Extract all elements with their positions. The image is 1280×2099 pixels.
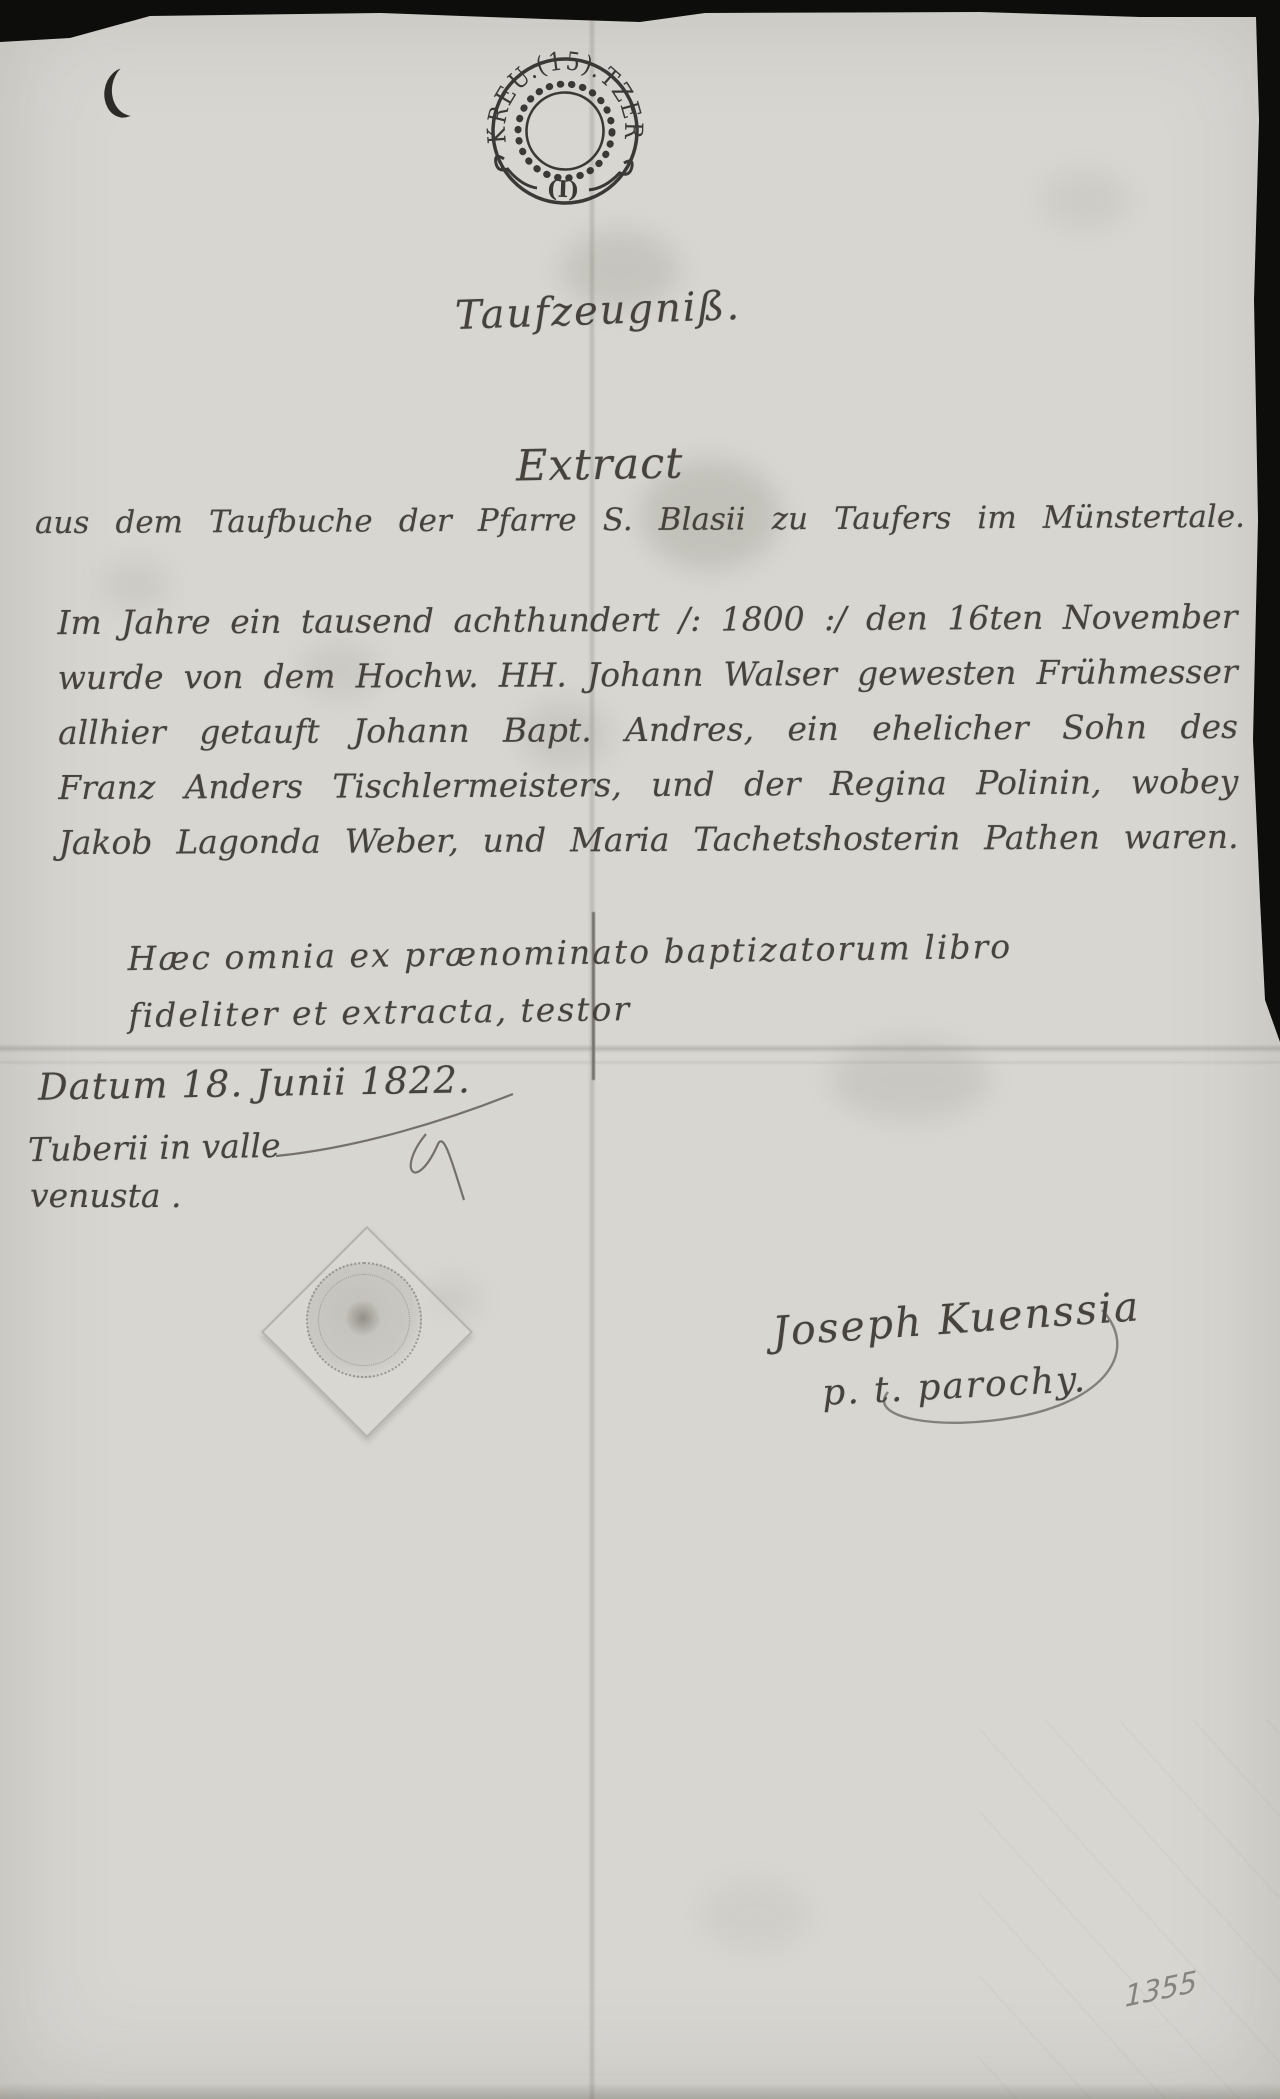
revenue-stamp: KREU.(15).TZER (I) xyxy=(476,42,654,220)
body-line: allhier getauft Johann Bapt. Andres, ein… xyxy=(58,699,1238,760)
place-line: venusta . xyxy=(30,1176,182,1215)
body-paragraph: Im Jahre ein tausend achthundert /: 1800… xyxy=(57,589,1238,870)
place-line: Tuberii in valle xyxy=(28,1126,281,1169)
body-line: Franz Anders Tischlermeisters, und der R… xyxy=(58,754,1238,815)
extract-heading: Extract xyxy=(516,439,684,492)
stamp-bead-ring xyxy=(516,82,613,179)
scanned-document: KREU.(15).TZER (I) Taufzeugniß. Extract … xyxy=(0,0,1280,2099)
paper-stain xyxy=(700,1880,810,1950)
date-paraph-flourish xyxy=(268,1082,518,1212)
horizontal-fold-crease xyxy=(0,1044,1280,1053)
embossed-paper-seal xyxy=(306,1262,422,1378)
body-line: Jakob Lagonda Weber, und Maria Tachetsho… xyxy=(58,809,1238,870)
signature-flourish xyxy=(770,1300,1160,1450)
corner-crease-marks xyxy=(980,1719,1280,2099)
latin-attestation: Hæc omnia ex prænominato baptizatorum li… xyxy=(127,918,1013,1044)
stamp-inner-ring xyxy=(525,91,605,171)
body-line: wurde von dem Hochw. HH. Johann Walser g… xyxy=(58,644,1238,705)
stamp-denomination-numeral: (I) xyxy=(546,175,579,203)
paper-stain xyxy=(1040,170,1130,230)
source-register-line: aus dem Taufbuche der Pfarre S. Blasii z… xyxy=(35,499,1245,541)
body-line: Im Jahre ein tausend achthundert /: 1800… xyxy=(57,589,1237,650)
bottom-edge-shadow xyxy=(0,2083,1280,2099)
